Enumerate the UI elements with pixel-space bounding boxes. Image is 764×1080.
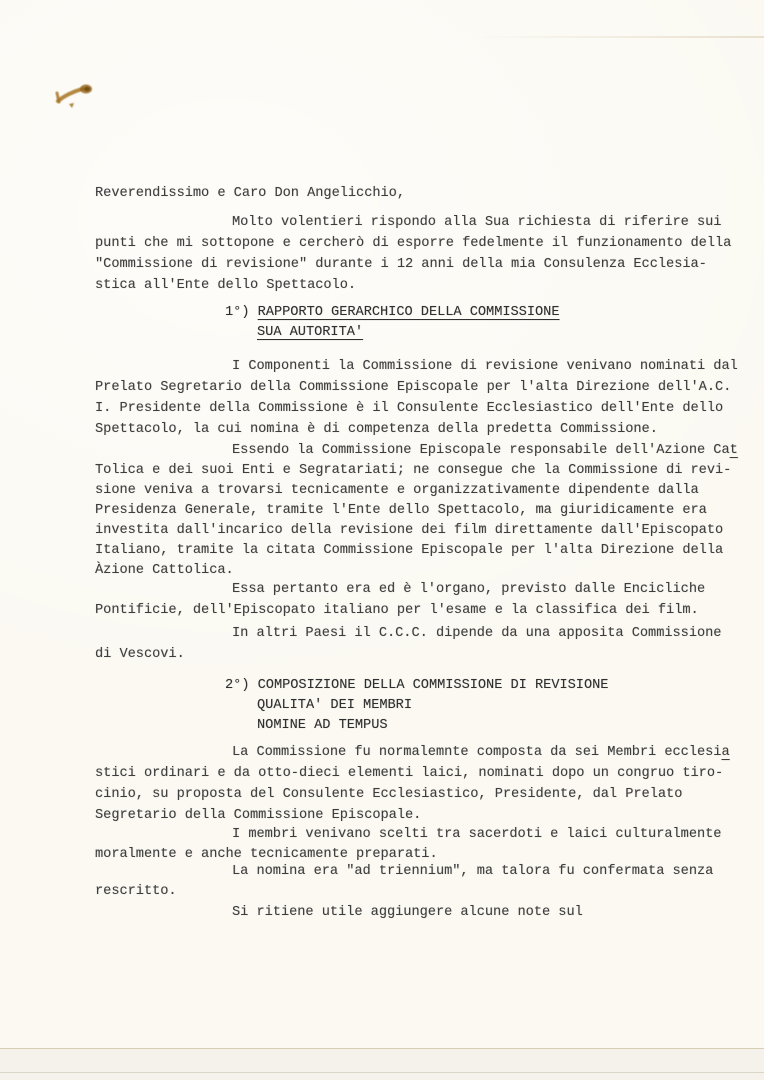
text-span: Essendo la Commissione Episcopale respon…	[232, 443, 730, 458]
section-2-subtitle: QUALITA' DEI MEMBRI	[257, 695, 412, 716]
paragraph-line: Àzione Cattolica.	[95, 560, 234, 581]
paragraph-line: La nomina era "ad triennium", ma talora …	[232, 861, 713, 882]
section-1-subtitle-text: SUA AUTORITA'	[257, 325, 363, 340]
paper-crease-top	[470, 36, 764, 38]
paragraph-line: La Commissione fu normalemnte composta d…	[232, 742, 730, 763]
paragraph-line: stica all'Ente dello Spettacolo.	[95, 275, 356, 296]
paragraph-line: Si ritiene utile aggiungere alcune note …	[232, 902, 583, 923]
paragraph-line: cinio, su proposta del Consulente Eccles…	[95, 784, 682, 805]
paragraph-line: I. Presidente della Commissione è il Con…	[95, 398, 723, 419]
paragraph-line: I membri venivano scelti tra sacerdoti e…	[232, 824, 721, 845]
section-2-heading: 2°) COMPOSIZIONE DELLA COMMISSIONE DI RE…	[225, 675, 608, 696]
paragraph-line: sione veniva a trovarsi tecnicamente e o…	[95, 480, 699, 501]
paragraph-line: In altri Paesi il C.C.C. dipende da una …	[232, 623, 721, 644]
paragraph-line: Spettacolo, la cui nomina è di competenz…	[95, 419, 658, 440]
hyphenation-underline-span: t	[730, 443, 738, 458]
paper-crease-bottom	[0, 1048, 764, 1080]
paragraph-line: Pontificie, dell'Episcopato italiano per…	[95, 600, 699, 621]
paper-crease-bottom-secondary	[0, 1072, 764, 1073]
paragraph-line: Prelato Segretario della Commissione Epi…	[95, 377, 731, 398]
section-2-title: COMPOSIZIONE DELLA COMMISSIONE DI REVISI…	[258, 678, 609, 693]
section-1-subtitle: SUA AUTORITA'	[257, 322, 363, 343]
salutation-line: Reverendissimo e Caro Don Angelicchio,	[95, 183, 405, 204]
paragraph-line: I Componenti la Commissione di revisione…	[232, 356, 738, 377]
section-2-number: 2°)	[225, 678, 258, 693]
paragraph-line: "Commissione di revisione" durante i 12 …	[95, 254, 707, 275]
paragraph-line: Italiano, tramite la citata Commissione …	[95, 540, 723, 561]
section-1-title: RAPPORTO GERARCHICO DELLA COMMISSIONE	[258, 305, 560, 320]
paragraph-line: investita dall'incarico della revisione …	[95, 520, 723, 541]
paragraph-line: Tolica e dei suoi Enti e Segratariati; n…	[95, 460, 731, 481]
section-1-heading: 1°) RAPPORTO GERARCHICO DELLA COMMISSION…	[225, 302, 559, 323]
paragraph-line: stici ordinari e da otto-dieci elementi …	[95, 763, 723, 784]
paragraph-line: rescritto.	[95, 881, 177, 902]
paragraph-line: Presidenza Generale, tramite l'Ente dell…	[95, 500, 707, 521]
scanned-letter-page: Reverendissimo e Caro Don Angelicchio, M…	[0, 0, 764, 1080]
paragraph-line: Segretario della Commissione Episcopale.	[95, 805, 421, 826]
hyphenation-underline-span: a	[721, 745, 729, 760]
paragraph-line: punti che mi sottopone e cercherò di esp…	[95, 233, 731, 254]
paragraph-line: di Vescovi.	[95, 644, 185, 665]
section-2-subtitle: NOMINE AD TEMPUS	[257, 715, 388, 736]
staple-rust-stain	[48, 76, 100, 114]
paragraph-line: Essa pertanto era ed è l'organo, previst…	[232, 579, 705, 600]
paragraph-line: Molto volentieri rispondo alla Sua richi…	[232, 212, 721, 233]
paragraph-line: Essendo la Commissione Episcopale respon…	[232, 440, 738, 461]
text-span: La Commissione fu normalemnte composta d…	[232, 745, 721, 760]
section-1-number: 1°)	[225, 305, 258, 320]
